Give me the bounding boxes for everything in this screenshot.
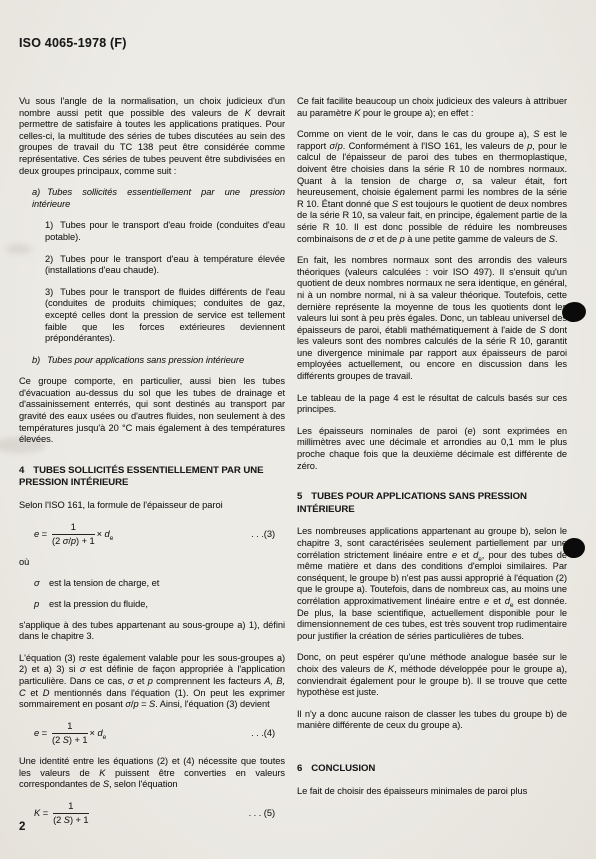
list-text: Tubes pour le transport d'eau à températ…	[45, 254, 285, 276]
where-label: où	[19, 557, 285, 569]
equation-body: K = 1 (2 S) + 1	[34, 801, 91, 827]
list-item-a: a)Tubes sollicités essentiellement par u…	[32, 187, 285, 210]
equation-number: . . . (5)	[249, 808, 275, 820]
equation-number: . . .(4)	[251, 728, 275, 740]
section-heading-4: 4TUBES SOLLICITÉS ESSENTIELLEMENT PAR UN…	[19, 465, 285, 490]
list-item-2: 2)Tubes pour le transport d'eau à tempér…	[45, 254, 285, 277]
equation-3: e = 1 (2 σ/p) + 1 × de . . .(3)	[19, 522, 285, 548]
paragraph-equation3-validity: L'équation (3) reste également valable p…	[19, 653, 285, 711]
equation-body: e = 1 (2 σ/p) + 1 × de	[34, 522, 113, 548]
list-text: Tubes pour le transport d'eau froide (co…	[45, 220, 285, 242]
list-text: Tubes pour applications sans pression in…	[47, 355, 244, 365]
list-text: Tubes pour le transport de fluides diffé…	[45, 287, 285, 343]
paragraph-group-b-apps: Les nombreuses applications appartenant …	[297, 526, 567, 642]
page-number: 2	[19, 821, 25, 833]
equation-factor: × de	[97, 529, 114, 541]
equation-5: K = 1 (2 S) + 1 . . . (5)	[19, 801, 285, 827]
equation-lhs: K =	[34, 808, 48, 820]
equation-4: e = 1 (2 S) + 1 × de . . .(4)	[19, 721, 285, 747]
paragraph-no-reason: Il n'y a donc aucune raison de classer l…	[297, 709, 567, 732]
section-heading-5: 5TUBES POUR APPLICATIONS SANS PRESSION I…	[297, 491, 567, 516]
fraction: 1 (2 S) + 1	[52, 721, 87, 747]
symbol-definition-sigma: σ est la tension de charge, et	[34, 578, 285, 590]
section-title: TUBES POUR APPLICATIONS SANS PRESSION IN…	[297, 491, 527, 515]
section-number: 6	[297, 763, 302, 774]
left-column: Vu sous l'angle de la normalisation, un …	[19, 96, 285, 836]
fraction-denominator: (2 S) + 1	[53, 814, 88, 827]
fraction-numerator: 1	[52, 522, 95, 536]
paragraph-group-b: Ce groupe comporte, en particulier, auss…	[19, 376, 285, 446]
fraction-numerator: 1	[53, 801, 88, 815]
paragraph-k-values: Ce fait facilite beaucoup un choix judic…	[297, 96, 567, 119]
fraction-numerator: 1	[52, 721, 87, 735]
paragraph-intro: Vu sous l'angle de la normalisation, un …	[19, 96, 285, 177]
symbol-text: est la tension de charge, et	[49, 578, 159, 590]
fraction-denominator: (2 S) + 1	[52, 734, 87, 747]
symbol: σ	[34, 578, 49, 590]
fraction-denominator: (2 σ/p) + 1	[52, 535, 95, 548]
paragraph-table-page4: Le tableau de la page 4 est le résultat …	[297, 393, 567, 416]
paragraph-analog-method: Donc, on peut espérer qu'une méthode ana…	[297, 652, 567, 698]
right-column: Ce fait facilite beaucoup un choix judic…	[297, 96, 567, 807]
section-heading-6: 6CONCLUSION	[297, 763, 567, 776]
equation-lhs: e =	[34, 529, 47, 541]
list-label: 3)	[45, 287, 53, 297]
list-text: Tubes sollicités essentiellement par une…	[32, 187, 285, 209]
list-label: a)	[32, 187, 40, 197]
paragraph-normal-numbers: En fait, les nombres normaux sont des ar…	[297, 255, 567, 383]
document-reference: ISO 4065-1978 (F)	[19, 36, 127, 50]
section-number: 4	[19, 465, 24, 476]
list-label: 2)	[45, 254, 53, 264]
section-title: CONCLUSION	[311, 763, 375, 774]
list-label: b)	[32, 355, 40, 365]
paragraph-identity: Une identité entre les équations (2) et …	[19, 756, 285, 791]
symbol-definition-p: p est la pression du fluide,	[34, 599, 285, 611]
equation-factor: × de	[90, 728, 107, 740]
paragraph-applies: s'applique à des tubes appartenant au so…	[19, 620, 285, 643]
symbol: p	[34, 599, 49, 611]
list-label: 1)	[45, 220, 53, 230]
fraction: 1 (2 S) + 1	[53, 801, 88, 827]
section-title: TUBES SOLLICITÉS ESSENTIELLEMENT PAR UNE…	[19, 465, 264, 489]
equation-body: e = 1 (2 S) + 1 × de	[34, 721, 106, 747]
list-item-1: 1)Tubes pour le transport d'eau froide (…	[45, 220, 285, 243]
fraction: 1 (2 σ/p) + 1	[52, 522, 95, 548]
paragraph-iso161: Selon l'ISO 161, la formule de l'épaisse…	[19, 500, 285, 512]
equation-number: . . .(3)	[251, 529, 275, 541]
list-item-b: b)Tubes pour applications sans pression …	[32, 355, 285, 367]
paragraph-r10: Comme on vient de le voir, dans le cas d…	[297, 129, 567, 245]
paragraph-conclusion-start: Le fait de choisir des épaisseurs minima…	[297, 786, 567, 798]
symbol-text: est la pression du fluide,	[49, 599, 148, 611]
equation-lhs: e =	[34, 728, 47, 740]
section-number: 5	[297, 491, 302, 502]
list-item-3: 3)Tubes pour le transport de fluides dif…	[45, 287, 285, 345]
scan-registration-dot	[562, 537, 586, 559]
paragraph-wall-thickness: Les épaisseurs nominales de paroi (e) so…	[297, 426, 567, 472]
